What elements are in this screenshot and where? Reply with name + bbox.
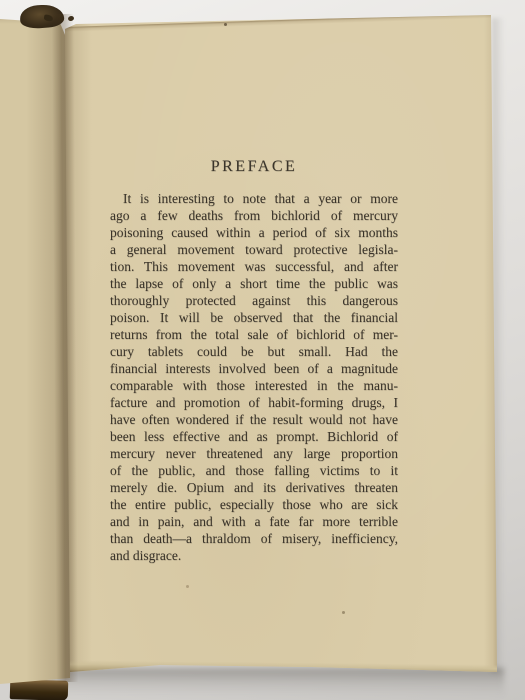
text-line: returns from the total sale of bichlorid…	[110, 326, 398, 343]
text-line: poisoning caused within a period of six …	[110, 224, 398, 241]
text-line: facture and promotion of habit-forming d…	[110, 394, 398, 411]
text-line: and disgrace.	[110, 547, 398, 564]
text-line: poison. It will be observed that the fin…	[110, 309, 398, 326]
text-line: than death—a thraldom of misery, ineffic…	[110, 530, 398, 547]
text-line: tion. This movement was successful, and …	[110, 258, 398, 275]
text-line: thoroughly protected against this danger…	[110, 292, 398, 309]
text-line: ago a few deaths from bichlorid of mercu…	[110, 207, 398, 224]
text-line: and in pain, and with a fate far more te…	[110, 513, 398, 530]
text-line: have often wondered if the result would …	[110, 411, 398, 428]
text-line: the entire public, especially those who …	[110, 496, 398, 513]
paper-speck	[342, 611, 345, 614]
text-line: been less effective and as prompt. Bichl…	[110, 428, 398, 445]
text-line: the lapse of only a short time the publi…	[110, 275, 398, 292]
page-title: PREFACE	[110, 158, 398, 176]
page-top-edge-line	[65, 13, 497, 32]
book-gutter-shadow	[52, 14, 79, 682]
text-line: financial interests involved been of a m…	[110, 360, 398, 377]
text-line: comparable with those interested in the …	[110, 377, 398, 394]
text-line: a general movement toward protective leg…	[110, 241, 398, 258]
text-line: It is interesting to note that a year or…	[110, 190, 398, 207]
right-book-page: PREFACE It is interesting to note that a…	[62, 12, 500, 684]
text-line: of the public, and those falling victims…	[110, 462, 398, 479]
book-photo: PREFACE It is interesting to note that a…	[0, 0, 525, 700]
text-line: mercury never threatened any large propo…	[110, 445, 398, 462]
text-line: cury tablets could be but small. Had the	[110, 343, 398, 360]
paper-speck	[186, 585, 189, 588]
preface-paragraph: It is interesting to note that a year or…	[110, 190, 398, 564]
book-cast-shadow	[48, 668, 504, 698]
text-line: merely die. Opium and its derivatives th…	[110, 479, 398, 496]
paper-speck	[224, 23, 227, 26]
